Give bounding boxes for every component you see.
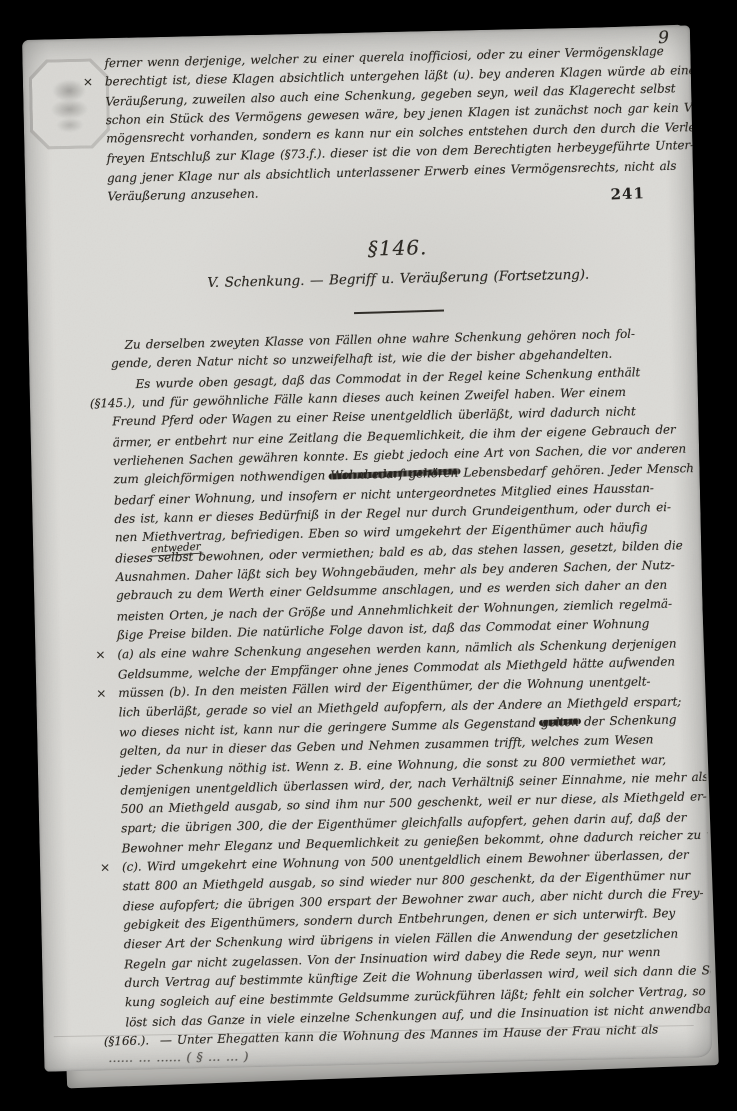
section-subtitle: V. Schenkung. — Begriff u. Veräußerung (… [109, 265, 687, 294]
margin-mark: × [96, 687, 106, 701]
scan-background: …… … …… ( § … … ) 9 241 ferner wenn derj… [0, 0, 737, 1111]
margin-mark: × [95, 647, 105, 661]
intro-paragraph: ferner wenn derjenige, welcher zu einer … [104, 44, 685, 209]
divider-rule [354, 310, 444, 315]
body-paragraph: Zu derselben zweyten Klasse von Fällen o… [111, 325, 706, 1053]
margin-mark: × [100, 861, 110, 875]
line-text: Veräußerung anzusehen. [107, 186, 258, 203]
manuscript-page: 9 241 ferner wenn derjenige, welcher zu … [22, 25, 712, 1071]
margin-mark: (§145.), [90, 396, 135, 411]
section-heading-block: §146. V. Schenkung. — Begriff u. Veräuße… [108, 230, 688, 320]
embossed-seal [28, 58, 110, 150]
section-number: §146. [108, 230, 686, 267]
strikethrough-text: gelten [541, 715, 579, 730]
margin-mark: × [83, 75, 93, 89]
interlinear-insertion: entweder [149, 540, 203, 556]
strikethrough-text: Wohnbedarf gehören [330, 466, 458, 482]
